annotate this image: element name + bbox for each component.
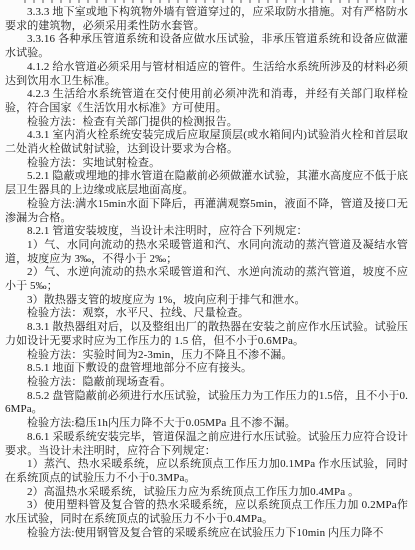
- paragraph: 4.3.1 室内消火栓系统安装完成后应取屋顶层(或水箱间内)试验消火栓和首层取二…: [5, 129, 408, 156]
- paragraph: 检验方法：观察，水平尺、拉线、尺量检查。: [5, 307, 408, 321]
- paragraph: 8.6.1 采暖系统安装完毕，管道保温之前应进行水压试验。试验压力应符合设计要求…: [5, 431, 408, 458]
- paragraph: 8.3.1 散热器组对后，以及整组出厂的散热器在安装之前应作水压试验。试验压力如…: [5, 321, 408, 348]
- paragraph: 8.5.1 地面下敷设的盘管埋地部分不应有接头。: [5, 362, 408, 376]
- paragraph: 1）蒸汽、热水采暖系统，应以系统顶点工作压力加0.1MPa 作水压试验，同时在系…: [5, 458, 408, 485]
- paragraph: 检验方法：隐蔽前现场查看。: [5, 376, 408, 390]
- paragraph: 检验方法:稳压1h内压力降不大于0.05MPa 且不渗不漏。: [5, 417, 408, 431]
- paragraph: 检验方法:使用钢管及复合管的采暖系统应在试验压力下10min 内压力降不: [5, 527, 408, 541]
- paragraph: 5.2.1 隐蔽或埋地的排水管道在隐蔽前必须做灌水试验，其灌水高度应不低于底层卫…: [5, 170, 408, 197]
- paragraph: 3）使用塑料管及复合管的热水采暖系统，应以系统顶点工作压力加 0.2MPa作水压…: [5, 499, 408, 526]
- paragraph: 3.3.3 地下室或地下构筑物外墙有管道穿过的，应采取防水措施。对有严格防水要求…: [5, 6, 408, 33]
- paragraph: 3.3.16 各种承压管道系统和设备应做水压试验，非承压管道系统和设备应做灌水试…: [5, 33, 408, 60]
- paragraph: 检验方法：实地试射检查。: [5, 157, 408, 171]
- paragraph: 4.2.3 生活给水系统管道在交付使用前必须冲洗和消毒，并经有关部门取样检验，符…: [5, 88, 408, 115]
- paragraph: 2）高温热水采暖系统，试验压力应为系统顶点工作压力加0.4MPa 。: [5, 486, 408, 500]
- document-page: 3.3.3 地下室或地下构筑物外墙有管道穿过的，应采取防水措施。对有严格防水要求…: [0, 0, 415, 550]
- paragraph: 8.5.2 盘管隐蔽前必须进行水压试验，试验压力为工作压力的1.5倍，且不小于0…: [5, 390, 408, 417]
- paragraph: 1）气、水同向流动的热水采暖管道和汽、水同向流动的蒸汽管道及凝结水管道，坡度应为…: [5, 239, 408, 266]
- paragraph: 4.1.2 给水管道必须采用与管材相适应的管件。生活给水系统所涉及的材料必须达到…: [5, 61, 408, 88]
- paragraph: 3）散热器支管的坡度应为 1%，坡向应利于排气和泄水。: [5, 294, 408, 308]
- paragraph: 检验方法：检查有关部门提供的检测报告。: [5, 116, 408, 130]
- clipped-previous-line: [24, 0, 405, 3]
- paragraph: 检验方法:满水15min水面下降后，再灌满观察5min，液面不降，管道及接口无渗…: [5, 198, 408, 225]
- paragraph: 2）气、水逆向流动的热水采暖管道和汽、水逆向流动的蒸汽管道，坡度不应小于 5‰；: [5, 266, 408, 293]
- paragraph: 检验方法：实验时间为2-3min，压力不降且不渗不漏。: [5, 349, 408, 363]
- paragraph: 8.2.1 管道安装坡度，当设计未注明时，应符合下列规定：: [5, 225, 408, 239]
- document-body: 3.3.3 地下室或地下构筑物外墙有管道穿过的，应采取防水措施。对有严格防水要求…: [0, 4, 415, 540]
